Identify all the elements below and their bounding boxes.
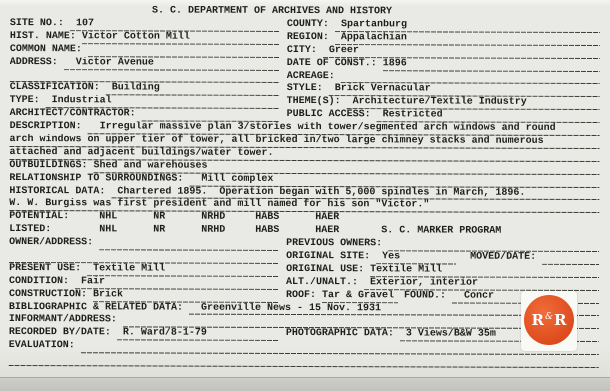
field-label: FOUND.:	[398, 290, 452, 303]
field-label: STYLE:	[287, 83, 329, 96]
left-column: CONDITION: Fair	[9, 276, 279, 290]
field-value	[99, 237, 279, 251]
field-value: R. Ward/8-1-79	[117, 328, 279, 341]
field-value: Victor Cotton Mill	[82, 31, 280, 45]
field-value: Building	[106, 83, 280, 96]
field-value: Spartanburg	[335, 19, 600, 33]
logo-ampersand: &	[545, 313, 553, 322]
field-label: EVALUATION:	[9, 340, 81, 353]
rr-watermark-logo: R&R	[521, 291, 577, 351]
field-label: RECORDED BY/DATE:	[9, 327, 117, 340]
field-label: COMMON NAME:	[10, 44, 88, 57]
right-column: COUNTY: Spartanburg	[287, 19, 600, 33]
field-value	[9, 353, 599, 368]
field-value: Industrial	[46, 95, 280, 109]
right-column: CITY: Greer	[287, 45, 600, 59]
scanned-survey-form: S. C. DEPARTMENT OF ARCHIVES AND HISTORY…	[0, 0, 610, 391]
left-column: OWNER/ADDRESS:	[9, 237, 279, 251]
field-label: PHOTOGRAPHIC DATA:	[286, 328, 400, 341]
scan-background-edge	[0, 378, 610, 391]
left-column: ARCHITECT/CONTRACTOR:	[10, 108, 280, 122]
field-label: ARCHITECT/CONTRACTOR:	[10, 108, 142, 121]
field-label: RELATIONSHIP TO SURROUNDINGS:	[9, 173, 189, 187]
field-value	[388, 238, 599, 252]
field-label: COUNTY:	[287, 19, 335, 32]
field-label: PUBLIC ACCESS:	[287, 109, 377, 122]
left-column: CONSTRUCTION: Brick	[9, 289, 279, 303]
field-value: Victor Avenue	[64, 57, 280, 71]
left-column: CLASSIFICATION: Building	[10, 82, 280, 96]
left-column: HIST. NAME: Victor Cotton Mill	[10, 31, 280, 45]
field-value: Textile Mill	[370, 264, 599, 278]
right-column: ORIGINAL USE: Textile Mill	[286, 264, 599, 278]
form-body: SITE NO.: 107COUNTY: SpartanburgHIST. NA…	[9, 18, 600, 368]
field-label: ADDRESS:	[10, 57, 64, 70]
left-column: PRESENT USE: Textile Mill	[9, 263, 279, 277]
field-label: DESCRIPTION:	[10, 121, 88, 134]
logo-letter-r-right: R	[554, 313, 566, 328]
field-value: 107	[70, 18, 280, 32]
left-column: COMMON NAME:	[10, 44, 280, 58]
field-value: Yes	[376, 251, 456, 264]
right-column: ORIGINAL SITE: YesMOVED/DATE:	[286, 251, 599, 265]
field-label: CONSTRUCTION:	[9, 289, 93, 302]
field-label: ORIGINAL SITE:	[286, 251, 376, 264]
right-column: ALT./UNALT.: Exterior, interior	[286, 277, 599, 291]
field-label: CONDITION:	[9, 276, 75, 289]
field-value	[88, 44, 280, 58]
field-value: Brick Vernacular	[329, 84, 600, 98]
field-label: OUTBUILDINGS:	[9, 160, 93, 173]
field-value	[9, 250, 279, 264]
field-value	[341, 71, 600, 85]
field-value: Greer	[323, 45, 600, 59]
field-value: Exterior, interior	[364, 277, 599, 291]
form-line	[9, 353, 599, 368]
left-column: ADDRESS: Victor Avenue	[10, 57, 280, 71]
field-label: REGION:	[287, 32, 335, 45]
field-value: 1896	[383, 58, 600, 72]
logo-letter-r-left: R	[532, 313, 544, 328]
field-value: Appalachian	[335, 32, 600, 46]
field-label: MOVED/DATE:	[470, 252, 542, 265]
right-column: THEME(S): Architecture/Textile Industry	[287, 96, 600, 110]
field-label: ORIGINAL USE:	[286, 264, 370, 277]
right-column: DATE OF CONST.: 1896	[287, 58, 600, 72]
rr-logo-circle: R&R	[524, 295, 574, 345]
field-label: DATE OF CONST.:	[287, 58, 383, 71]
right-column: STYLE: Brick Vernacular	[287, 83, 600, 97]
field-label: OWNER/ADDRESS:	[9, 237, 99, 250]
left-column: RECORDED BY/DATE: R. Ward/8-1-79	[9, 327, 279, 341]
right-column: PUBLIC ACCESS: Restricted	[287, 109, 600, 123]
left-column: SITE NO.: 107	[10, 18, 280, 32]
field-value: Restricted	[377, 110, 600, 124]
form-content: S. C. DEPARTMENT OF ARCHIVES AND HISTORY…	[9, 4, 600, 368]
paper-sheet: S. C. DEPARTMENT OF ARCHIVES AND HISTORY…	[0, 0, 610, 378]
field-value: Textile Mill	[87, 263, 279, 277]
field-label: INFORMANT/ADDRESS:	[9, 314, 123, 327]
field-value	[10, 70, 280, 84]
right-column: PREVIOUS OWNERS:	[286, 238, 599, 252]
field-label: HISTORICAL DATA:	[9, 186, 111, 199]
field-value: Architecture/Textile Industry	[347, 97, 600, 111]
field-label: CITY:	[287, 45, 323, 58]
field-label: BIBLIOGRAPHIC & RELATED DATA:	[9, 302, 189, 316]
field-label: PREVIOUS OWNERS:	[286, 238, 388, 251]
field-value: Tar & Gravel	[322, 290, 398, 303]
right-column: ACREAGE:	[287, 71, 600, 85]
field-label: THEME(S):	[287, 96, 347, 109]
field-label: PRESENT USE:	[9, 263, 87, 276]
field-label: ACREAGE:	[287, 71, 341, 84]
field-label: HIST. NAME:	[10, 31, 82, 44]
field-value: Brick	[93, 289, 279, 303]
field-value: Fair	[75, 276, 279, 290]
left-column	[9, 250, 279, 264]
field-label: TYPE:	[10, 95, 46, 108]
field-spacer	[456, 252, 470, 265]
field-value	[142, 109, 280, 122]
field-label: SITE NO.:	[10, 18, 70, 31]
left-column: TYPE: Industrial	[10, 95, 280, 109]
field-label: ALT./UNALT.:	[286, 277, 364, 290]
field-label: CLASSIFICATION:	[10, 82, 106, 95]
left-column	[10, 70, 280, 84]
right-column: REGION: Appalachian	[287, 32, 600, 46]
field-label: ROOF:	[286, 290, 322, 303]
field-value	[542, 252, 599, 265]
